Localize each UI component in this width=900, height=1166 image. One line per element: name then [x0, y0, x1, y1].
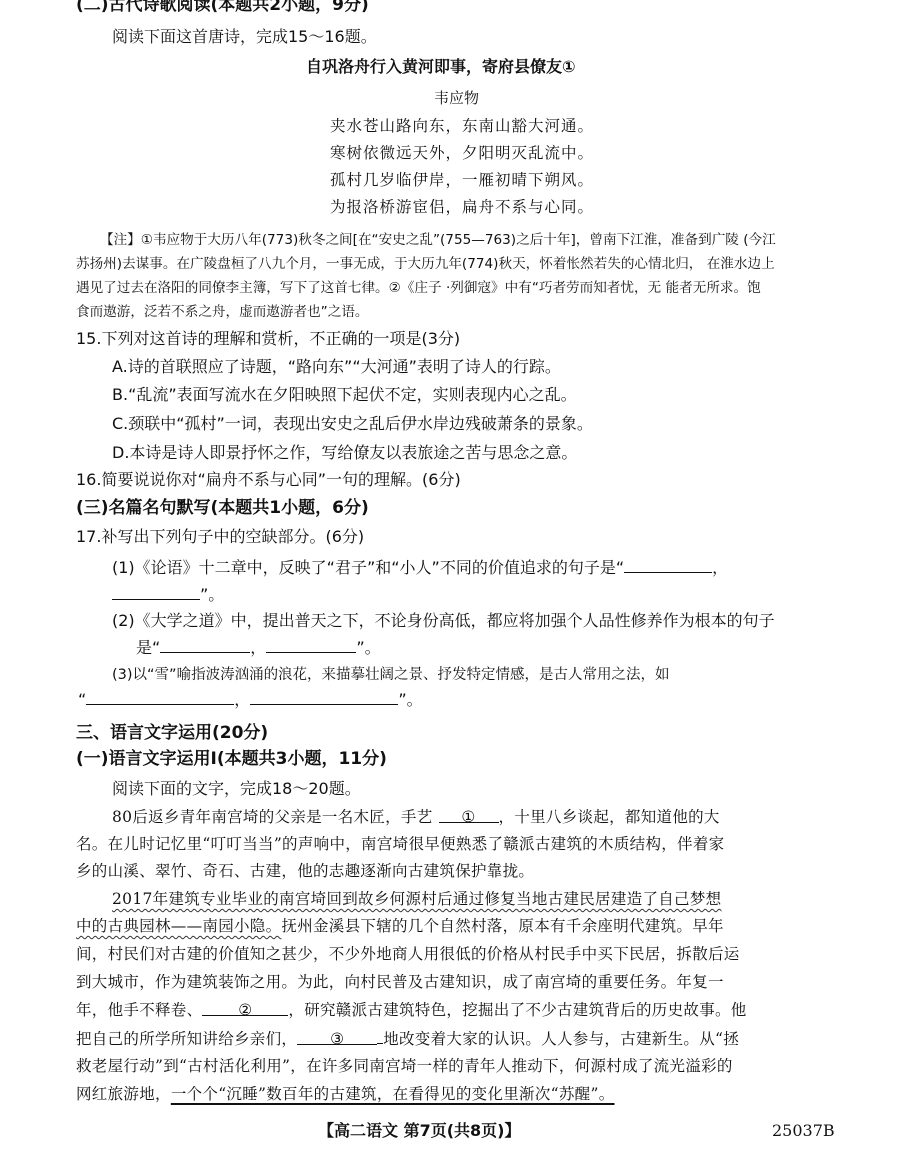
answer-blank[interactable] [250, 688, 398, 705]
section-heading-poetry: (二)古代诗歌阅读(本题共2小题，9分) [76, 0, 369, 16]
passage-line: 把自己的所学所知讲给乡亲们，③地改变着大家的认识。人人参与，古建新生。从“拯 [76, 1027, 739, 1050]
exam-page: (二)古代诗歌阅读(本题共2小题，9分) 阅读下面这首唐诗，完成15～16题。 … [0, 0, 900, 1166]
passage-line: 80后返乡青年南宫埼的父亲是一名木匠，手艺①，十里八乡谈起，都知道他的大 [112, 806, 720, 828]
answer-blank-2[interactable]: ② [202, 999, 288, 1016]
passage-line: 救老屋行动”到“古村活化利用”，在许多同南宫埼一样的青年人推动下，何源村成了流光… [76, 1055, 733, 1077]
poetry-instruction: 阅读下面这首唐诗，完成15～16题。 [112, 26, 377, 48]
answer-blank[interactable] [160, 636, 250, 653]
passage-instruction: 阅读下面的文字，完成18～20题。 [112, 778, 361, 800]
question-15-stem: 15.下列对这首诗的理解和赏析，不正确的一项是(3分) [76, 328, 460, 350]
poem-title: 自巩洛舟行入黄河即事，寄府县僚友① [306, 56, 576, 78]
section-heading-language-1: (一)语言文字运用Ⅰ(本题共3小题，11分) [76, 748, 387, 770]
answer-blank[interactable] [112, 583, 200, 600]
part-heading-language: 三、语言文字运用(20分) [76, 722, 268, 744]
answer-blank-3[interactable]: ③ [297, 1028, 377, 1045]
answer-blank[interactable] [624, 556, 712, 573]
poem-line: 孤村几岁临伊岸，一雁初晴下朔风。 [330, 169, 594, 191]
poem-line: 夹水苍山路向东，东南山豁大河通。 [330, 115, 594, 137]
passage-line: 网红旅游地，一个个“沉睡”数百年的古建筑，在看得见的变化里渐次“苏醒”。 [76, 1083, 615, 1105]
passage-line: 年，他手不释卷、②，研究赣派古建筑特色，挖掘出了不少古建筑背后的历史故事。他 [76, 999, 747, 1021]
question-17-item-1-cont: ”。 [112, 583, 224, 606]
poem-note-line: 食而遨游，泛若不系之舟，虚而遨游者也”之语。 [76, 302, 369, 322]
passage-line: 乡的山溪、翠竹、奇石、古建，他的志趣逐渐向古建筑保护靠拢。 [76, 860, 534, 882]
answer-blank-1[interactable]: ① [439, 806, 499, 823]
question-15-option-b: B.“乱流”表面写流水在夕阳映照下起伏不定，实则表现内心之乱。 [112, 384, 577, 406]
question-17-stem: 17.补写出下列句子中的空缺部分。(6分) [76, 526, 364, 548]
poem-note-line: 【注】①韦应物于大历八年(773)秋冬之间[在“安史之乱”(755—763)之后… [100, 230, 776, 250]
poem-note-line: 遇见了过去在洛阳的同僚李主簿，写下了这首七律。②《庄子 ·列御寇》中有“巧者劳而… [76, 278, 761, 298]
passage-line: 到大城市，作为建筑装饰之用。为此，向村民普及古建知识，成了南宫埼的重要任务。年复… [76, 971, 724, 993]
question-17-item-3: (3)以“雪”喻指波涛汹涌的浪花，来描摹壮阔之景、抒发特定情感，是古人常用之法，… [112, 664, 670, 686]
question-17-item-2-cont: 是“，”。 [136, 636, 381, 659]
passage-line: 中的古典园林——南园小隐。抚州金溪县下辖的几个自然村落，原本有千余座明代建筑。早… [76, 915, 724, 937]
question-17-item-1: (1)《论语》十二章中，反映了“君子”和“小人”不同的价值追求的句子是“， [112, 556, 728, 579]
question-16: 16.简要说说你对“扁舟不系与心同”一句的理解。(6分) [76, 469, 461, 491]
page-footer-label: 【高二语文 第7页(共8页)】 [318, 1120, 520, 1142]
passage-line: 名。在儿时记忆里“叮叮当当”的声响中，南宫埼很早便熟悉了赣派古建筑的木质结构，伴… [76, 833, 724, 855]
answer-blank[interactable] [86, 688, 234, 705]
exam-code: 25037B [772, 1120, 835, 1142]
poem-line: 寒树依微远天外，夕阳明灭乱流中。 [330, 142, 594, 164]
poem-line: 为报洛桥游宦侣，扁舟不系与心同。 [330, 196, 594, 218]
question-15-option-a: A.诗的首联照应了诗题，“路向东”“大河通”表明了诗人的行踪。 [112, 356, 561, 378]
poem-author: 韦应物 [434, 87, 479, 109]
section-heading-recitation: (三)名篇名句默写(本题共1小题，6分) [76, 497, 369, 519]
passage-line-wavy: 2017年建筑专业毕业的南宫埼回到故乡何源村后通过修复当地古建民居建造了自己梦想 [112, 888, 721, 910]
question-15-option-d: D.本诗是诗人即景抒怀之作，写给僚友以表旅途之苦与思念之意。 [112, 442, 577, 464]
poem-note-line: 苏扬州)去谋事。在广陵盘桓了八九个月，一事无成，于大历九年(774)秋天，怀着怅… [76, 254, 775, 274]
question-17-item-2: (2)《大学之道》中，提出普天之下，不论身份高低，都应将加强个人品性修养作为根本… [112, 610, 775, 632]
question-17-item-3-cont: “，”。 [78, 688, 423, 711]
question-15-option-c: C.颈联中“孤村”一词，表现出安史之乱后伊水岸边残破萧条的景象。 [112, 413, 593, 435]
answer-blank[interactable] [266, 636, 356, 653]
passage-line: 间，村民们对古建的价值知之甚少，不少外地商人用很低的价格从村民手中买下民居，拆散… [76, 943, 740, 965]
